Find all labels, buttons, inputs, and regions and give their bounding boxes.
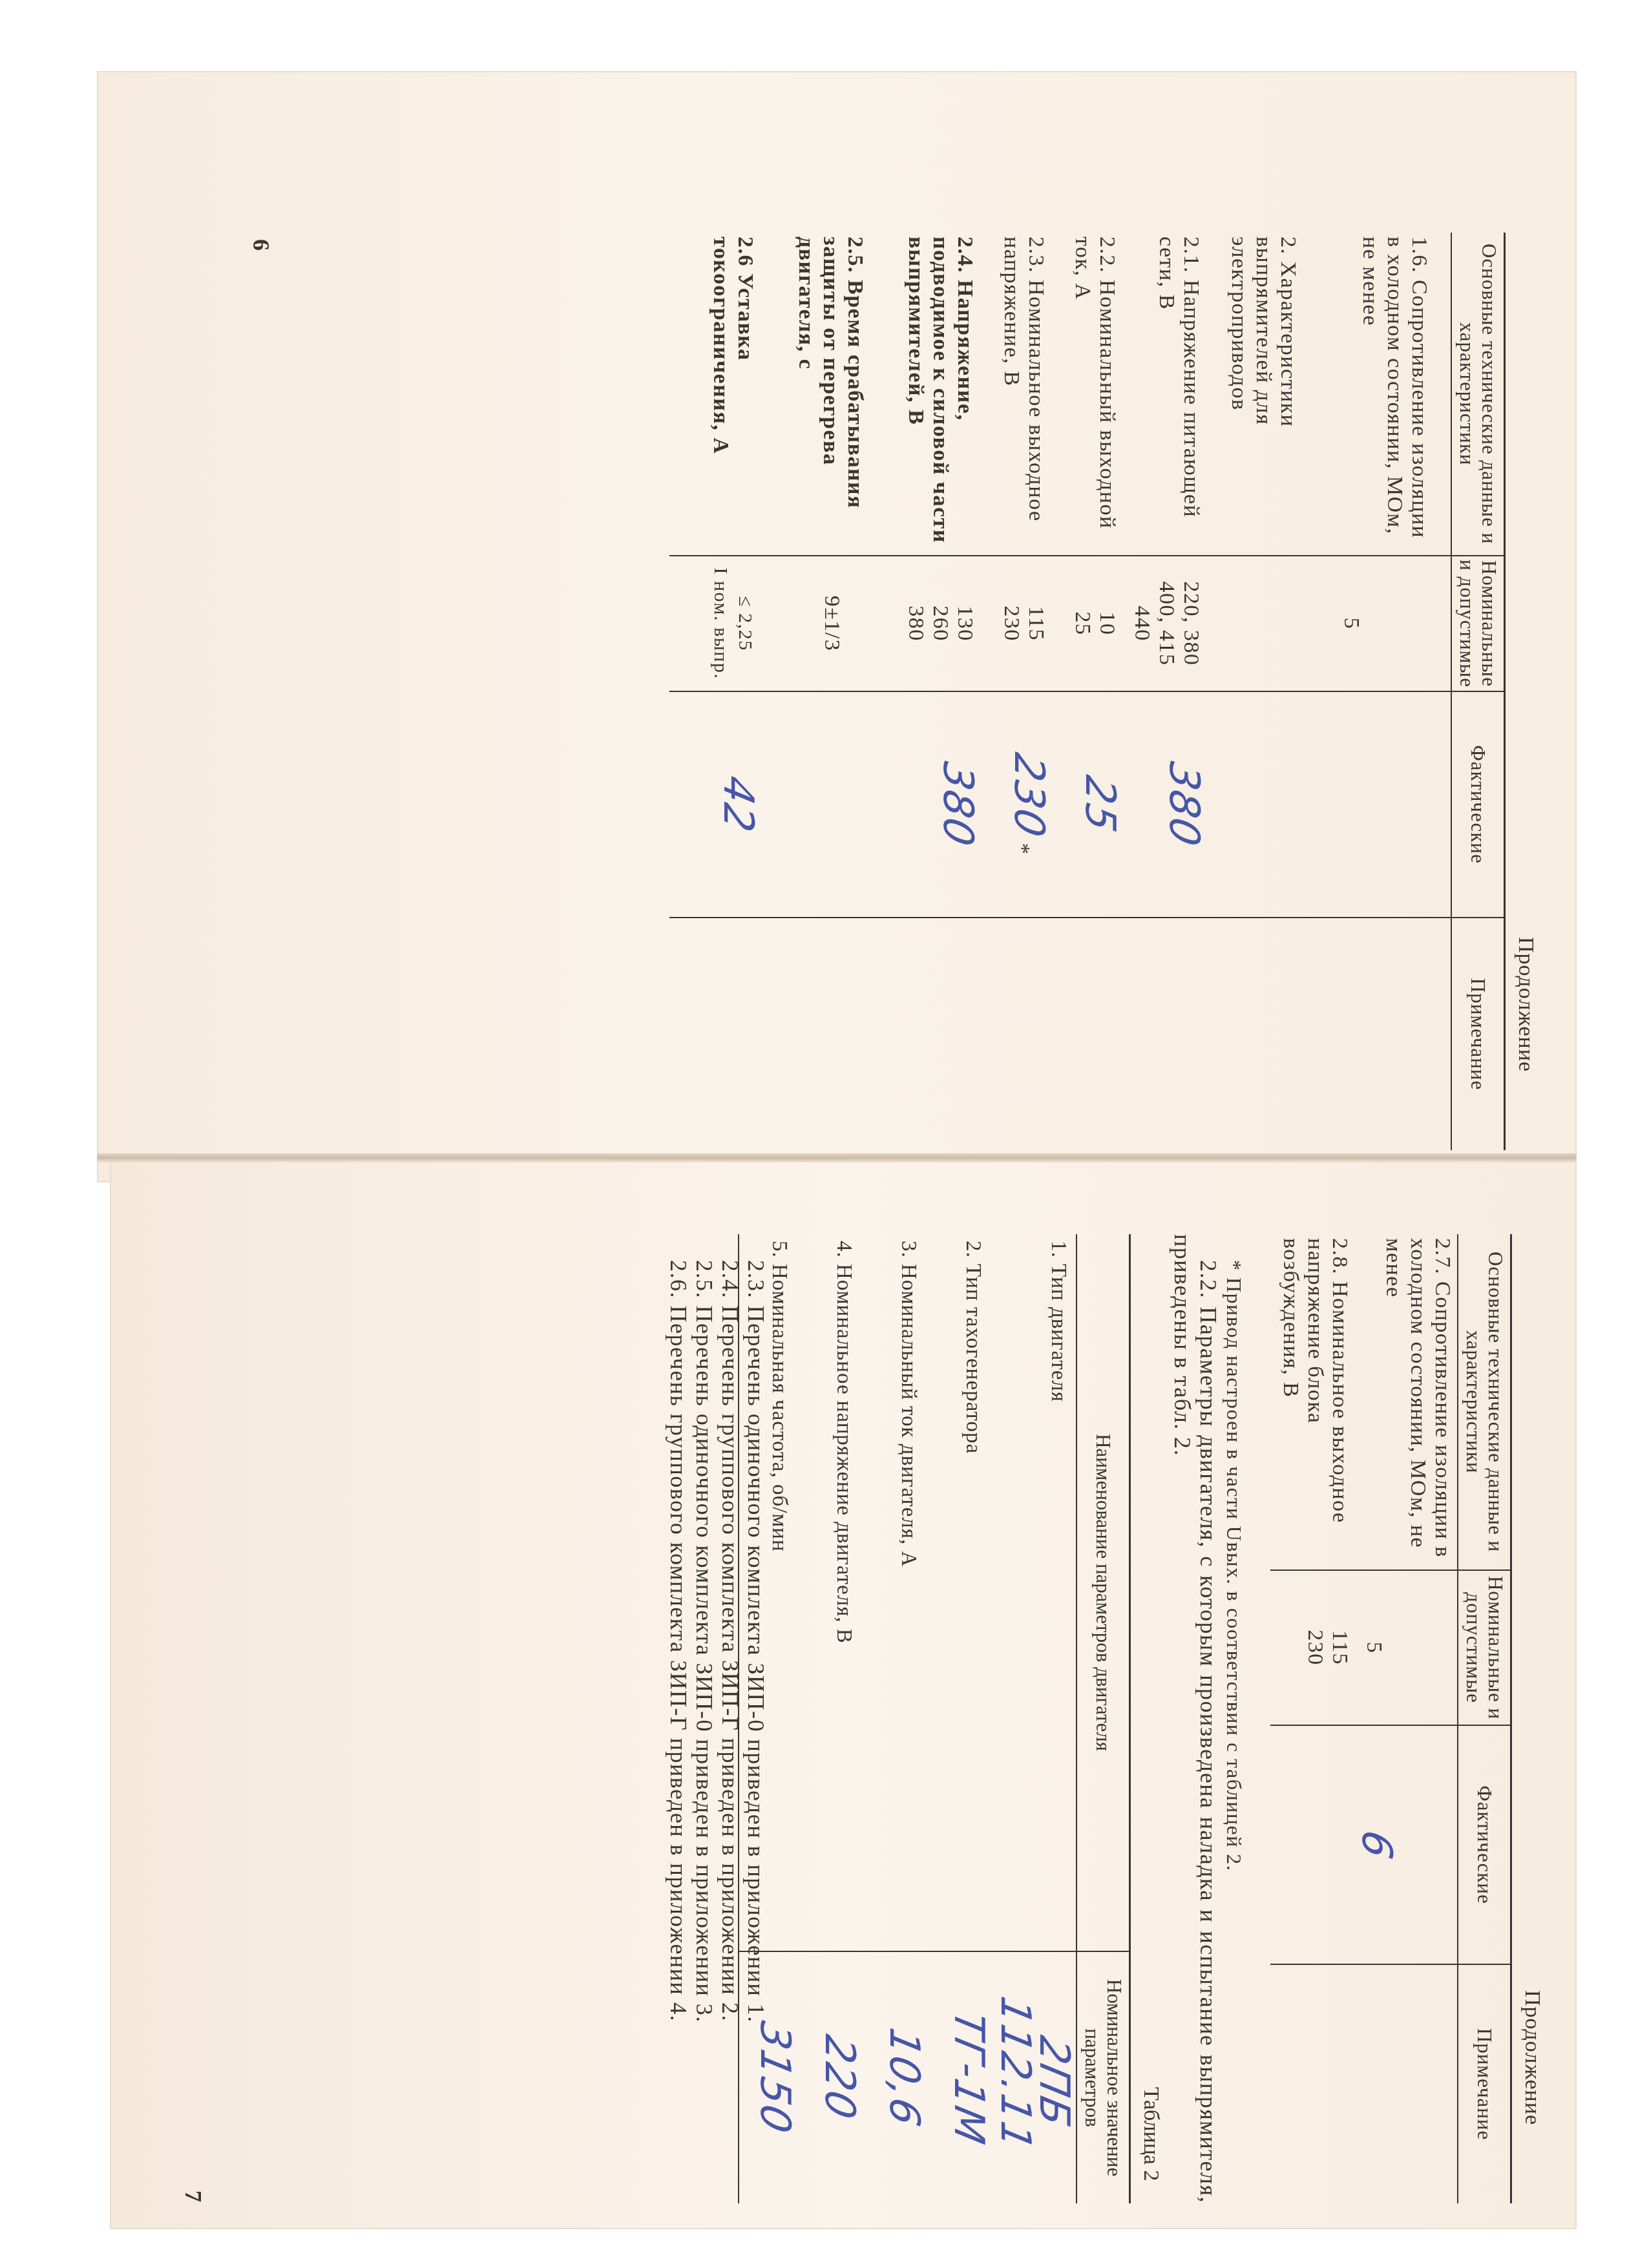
header-param-name: Наименование параметров двигателя <box>1077 1234 1130 1951</box>
table-row: 4. Номинальное напряжение двигателя, В 2… <box>797 1234 861 2203</box>
param-name: 2. Тип тахогенератора <box>926 1234 991 1951</box>
row-nominal: 130 260 380 <box>870 556 980 691</box>
header-actual: Фактические <box>1451 691 1505 918</box>
row-actual: 25 <box>1051 691 1122 918</box>
appendix-paragraph: 2.6. Перечень группового комплекта ЗИП-Г… <box>666 1234 691 2203</box>
table-row: 2.2. Номинальный выходной ток, А 10 25 2… <box>1051 233 1122 1150</box>
param-name: 1. Тип двигателя <box>991 1234 1077 1951</box>
param-name: 3. Номинальный ток двигателя, А <box>861 1234 926 1951</box>
row-label: 2.6 Уставка токоограничения, А <box>669 233 760 556</box>
row-actual: 230 * <box>980 691 1051 918</box>
handwritten-value: 42 <box>719 773 757 836</box>
row-label: 2.3. Номинальное выходное напряжение, В <box>980 233 1051 556</box>
table-row: 2.5. Время срабатывания защиты от перегр… <box>760 233 870 1150</box>
row-actual <box>1303 691 1451 918</box>
row-note <box>1051 918 1122 1150</box>
row-note <box>980 918 1051 1150</box>
row-note <box>870 918 980 1150</box>
table2-caption: Таблица 2 <box>1139 2087 1163 2181</box>
row-actual <box>760 691 870 918</box>
row-actual: 380 <box>870 691 980 918</box>
row-nominal: 5 <box>1354 1570 1458 1725</box>
table-row: 2.6 Уставка токоограничения, А ≤ 2,25 I … <box>669 233 760 1150</box>
row-actual: 6 <box>1354 1725 1458 1964</box>
row-nominal: 115 230 <box>980 556 1051 691</box>
row-nominal: 10 25 <box>1051 556 1122 691</box>
header-actual: Фактические <box>1458 1725 1511 1964</box>
header-characteristics: Основные технические данные и характерис… <box>1458 1234 1511 1570</box>
param-name: 4. Номинальное напряжение двигателя, В <box>797 1234 861 1951</box>
row-nominal: 9±1/3 <box>760 556 870 691</box>
header-nominal: Номинальные и допустимые <box>1458 1570 1511 1725</box>
row-label: 2.8. Номинальное выходное напряжение бло… <box>1270 1234 1354 1570</box>
table-row: 2.1. Напряжение питающей сети, В 220, 38… <box>1122 233 1206 1150</box>
row-nominal: ≤ 2,25 I ном. выпр. <box>669 556 760 691</box>
table-row: 2.3. Номинальное выходное напряжение, В … <box>980 233 1051 1150</box>
row-actual: 42 <box>669 691 760 918</box>
page-7: Продолжение Основные технические данные … <box>129 1182 1551 2216</box>
row-note <box>669 918 760 1150</box>
footnote-marker: * <box>1010 843 1034 856</box>
handwritten-value: 220 <box>820 2032 859 2123</box>
row-actual: 380 <box>1122 691 1206 918</box>
handwritten-value: 380 <box>938 759 977 850</box>
param-value: 220 <box>797 1951 861 2203</box>
appendix-paragraph: 2.3. Перечень одиночного комплекта ЗИП-0… <box>743 1234 769 2203</box>
handwritten-value: 380 <box>1164 759 1203 850</box>
handwritten-value: 25 <box>1080 773 1119 836</box>
row-label: 2. Характеристики выпрямителей для элект… <box>1206 233 1303 556</box>
motor-params-table: Наименование параметров двигателя Номина… <box>738 1234 1131 2203</box>
notes-block: * Привод настроен в части Uвых. в соотве… <box>1170 1234 1247 2203</box>
section-2-2: 2.2. Параметры двигателя, с которым прои… <box>1170 1234 1221 2203</box>
footnote: * Привод настроен в части Uвых. в соотве… <box>1221 1234 1247 2203</box>
header-param-value: Номинальное значение параметров <box>1077 1951 1130 2203</box>
continuation-label: Продолжение <box>1520 1990 1544 2125</box>
param-value: 2ПБ 112.11 <box>991 1951 1077 2203</box>
page-number: 6 <box>247 239 275 251</box>
table-row: 2. Тип тахогенератора ТГ-1М <box>926 1234 991 2203</box>
table-row: 1. Тип двигателя 2ПБ 112.11 <box>991 1234 1077 2203</box>
header-nominal: Номинальные и допустимые <box>1451 556 1505 691</box>
param-value: 10,6 <box>861 1951 926 2203</box>
appendix-list: 2.3. Перечень одиночного комплекта ЗИП-0… <box>666 1234 769 2203</box>
page-6: Продолжение Основные технические данные … <box>84 78 1551 1163</box>
row-nominal: 5 <box>1303 556 1451 691</box>
table-row: 2. Характеристики выпрямителей для элект… <box>1206 233 1303 1150</box>
table-row: 2.7. Сопротивление изоляции в холодном с… <box>1354 1234 1458 2203</box>
param-value: ТГ-1М <box>926 1951 991 2203</box>
row-nominal <box>1206 556 1303 691</box>
handwritten-value: 10,6 <box>885 2025 923 2130</box>
row-note <box>1206 918 1303 1150</box>
specs-table-page6: Основные технические данные и характерис… <box>669 233 1506 1150</box>
row-note <box>1303 918 1451 1150</box>
row-note <box>1354 1964 1458 2203</box>
table-row: 3. Номинальный ток двигателя, А 10,6 <box>861 1234 926 2203</box>
appendix-paragraph: 2.4. Перечень группового комплекта ЗИП-Г… <box>717 1234 743 2203</box>
nominal-fraction: 9±1/3 <box>820 596 844 652</box>
row-nominal: 220, 380 400, 415 440 <box>1122 556 1206 691</box>
row-actual <box>1270 1725 1354 1964</box>
row-note <box>1270 1964 1354 2203</box>
continuation-label: Продолжение <box>1513 937 1538 1072</box>
row-label: 2.2. Номинальный выходной ток, А <box>1051 233 1122 556</box>
table-row: 2.4. Напряжение, подводимое к силовой ча… <box>870 233 980 1150</box>
header-note: Примечание <box>1458 1964 1511 2203</box>
row-label: 2.7. Сопротивление изоляции в холодном с… <box>1354 1234 1458 1570</box>
row-note <box>760 918 870 1150</box>
row-label: 1.6. Сопротивление изоляции в холодном с… <box>1303 233 1451 556</box>
specs-table-page7: Основные технические данные и характерис… <box>1270 1234 1512 2203</box>
handwritten-value: 2ПБ 112.11 <box>996 1950 1073 2205</box>
handwritten-value: ТГ-1М <box>949 2008 988 2148</box>
page-number: 7 <box>180 2190 207 2202</box>
handwritten-value: 6 <box>1357 1827 1396 1862</box>
table-row: 2.8. Номинальное выходное напряжение бло… <box>1270 1234 1354 2203</box>
header-note: Примечание <box>1451 918 1505 1150</box>
row-label: 2.4. Напряжение, подводимое к силовой ча… <box>870 233 980 556</box>
handwritten-value: 230 <box>1009 750 1048 841</box>
header-characteristics: Основные технические данные и характерис… <box>1451 233 1505 556</box>
row-label: 2.1. Напряжение питающей сети, В <box>1122 233 1206 556</box>
row-actual <box>1206 691 1303 918</box>
row-nominal: 115 230 <box>1270 1570 1354 1725</box>
table-row: 1.6. Сопротивление изоляции в холодном с… <box>1303 233 1451 1150</box>
row-label: 2.5. Время срабатывания защиты от перегр… <box>760 233 870 556</box>
appendix-paragraph: 2.5. Перечень одиночного комплекта ЗИП-0… <box>691 1234 717 2203</box>
row-note <box>1122 918 1206 1150</box>
